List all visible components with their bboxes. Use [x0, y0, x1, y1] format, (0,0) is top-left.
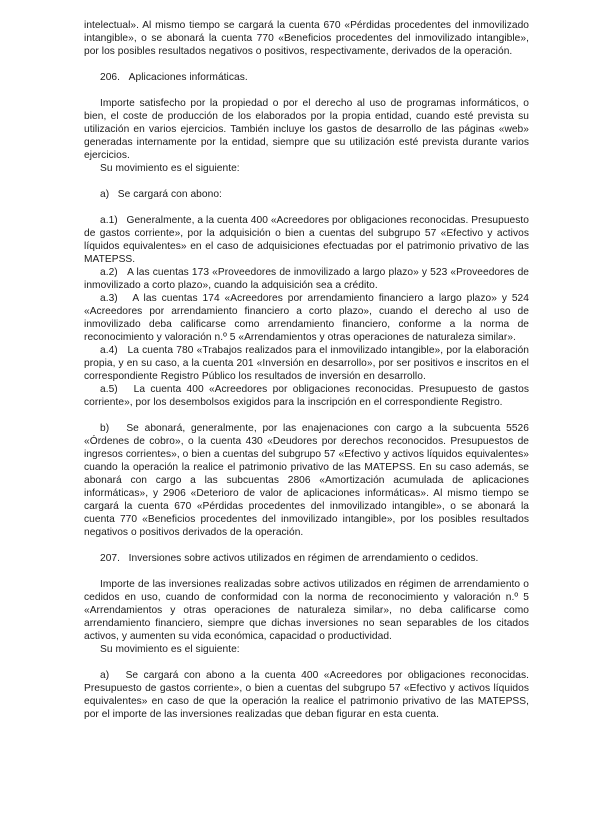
paragraph-207-intro: Importe de las inversiones realizadas so…	[84, 578, 529, 643]
list-item-a-207: a) Se cargará con abono a la cuenta 400 …	[84, 669, 529, 721]
list-item-a5: a.5) La cuenta 400 «Acreedores por oblig…	[84, 383, 529, 409]
list-item-b: b) Se abonará, generalmente, por las ena…	[84, 422, 529, 539]
movement-intro-206: Su movimiento es el siguiente:	[84, 162, 529, 175]
list-item-a1: a.1) Generalmente, a la cuenta 400 «Acre…	[84, 214, 529, 266]
list-item-a: a) Se cargará con abono:	[84, 188, 529, 201]
document-page: intelectual». Al mismo tiempo se cargará…	[0, 0, 600, 815]
section-heading-207: 207. Inversiones sobre activos utilizado…	[84, 552, 529, 565]
list-item-a3: a.3) A las cuentas 174 «Acreedores por a…	[84, 292, 529, 344]
section-heading-206: 206. Aplicaciones informáticas.	[84, 71, 529, 84]
list-item-a4: a.4) La cuenta 780 «Trabajos realizados …	[84, 344, 529, 383]
paragraph-206-intro: Importe satisfecho por la propiedad o po…	[84, 97, 529, 162]
list-item-a2: a.2) A las cuentas 173 «Proveedores de i…	[84, 266, 529, 292]
movement-intro-207: Su movimiento es el siguiente:	[84, 643, 529, 656]
paragraph-continuation: intelectual». Al mismo tiempo se cargará…	[84, 19, 529, 58]
